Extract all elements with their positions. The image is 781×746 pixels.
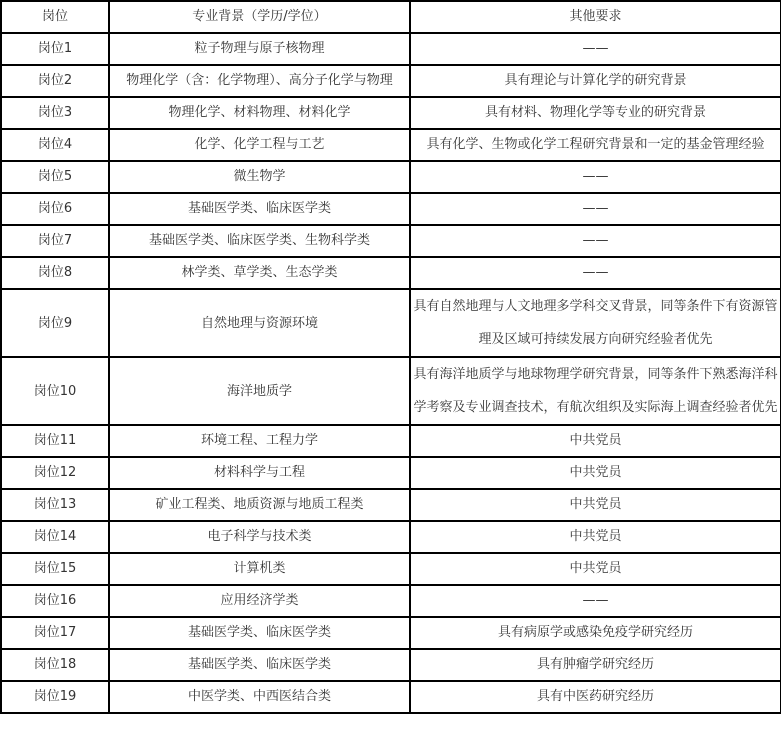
cell-position: 岗位13	[1, 489, 109, 521]
cell-other-line: 学考察及专业调查技术，有航次组织及实际海上调查经验者优先	[413, 391, 778, 424]
cell-position: 岗位19	[1, 681, 109, 713]
table-row: 岗位2物理化学（含：化学物理）、高分子化学与物理具有理论与计算化学的研究背景	[1, 65, 781, 97]
table-row: 岗位18基础医学类、临床医学类具有肿瘤学研究经历	[1, 649, 781, 681]
table-row: 岗位15计算机类中共党员	[1, 553, 781, 585]
cell-other: 中共党员	[410, 521, 781, 553]
cell-other: 具有材料、物理化学等专业的研究背景	[410, 97, 781, 129]
cell-other: ——	[410, 257, 781, 289]
cell-major: 材料科学与工程	[109, 457, 410, 489]
cell-position: 岗位6	[1, 193, 109, 225]
cell-major: 化学、化学工程与工艺	[109, 129, 410, 161]
table-row: 岗位13矿业工程类、地质资源与地质工程类中共党员	[1, 489, 781, 521]
cell-other-line: 具有海洋地质学与地球物理学研究背景，同等条件下熟悉海洋科	[413, 358, 778, 391]
cell-other: 中共党员	[410, 553, 781, 585]
cell-other: ——	[410, 33, 781, 65]
cell-other: ——	[410, 161, 781, 193]
cell-other: ——	[410, 225, 781, 257]
cell-other: 具有中医药研究经历	[410, 681, 781, 713]
cell-major: 物理化学（含：化学物理）、高分子化学与物理	[109, 65, 410, 97]
positions-table: 岗位 专业背景（学历/学位） 其他要求 岗位1粒子物理与原子核物理——岗位2物理…	[0, 0, 781, 714]
cell-major: 微生物学	[109, 161, 410, 193]
cell-other: ——	[410, 193, 781, 225]
cell-major: 物理化学、材料物理、材料化学	[109, 97, 410, 129]
cell-position: 岗位12	[1, 457, 109, 489]
cell-major: 基础医学类、临床医学类、生物科学类	[109, 225, 410, 257]
cell-position: 岗位16	[1, 585, 109, 617]
table-row: 岗位4化学、化学工程与工艺具有化学、生物或化学工程研究背景和一定的基金管理经验	[1, 129, 781, 161]
table-row: 岗位16应用经济学类——	[1, 585, 781, 617]
cell-other: 中共党员	[410, 425, 781, 457]
cell-position: 岗位2	[1, 65, 109, 97]
table-row: 岗位1粒子物理与原子核物理——	[1, 33, 781, 65]
table-row: 岗位14电子科学与技术类中共党员	[1, 521, 781, 553]
cell-position: 岗位18	[1, 649, 109, 681]
cell-other-line: 具有自然地理与人文地理多学科交叉背景，同等条件下有资源管	[413, 290, 778, 323]
cell-major: 基础医学类、临床医学类	[109, 193, 410, 225]
cell-position: 岗位10	[1, 357, 109, 425]
table-row: 岗位7基础医学类、临床医学类、生物科学类——	[1, 225, 781, 257]
cell-position: 岗位8	[1, 257, 109, 289]
cell-major: 粒子物理与原子核物理	[109, 33, 410, 65]
header-position: 岗位	[1, 1, 109, 33]
table-row: 岗位19中医学类、中西医结合类具有中医药研究经历	[1, 681, 781, 713]
cell-other: 具有理论与计算化学的研究背景	[410, 65, 781, 97]
cell-major: 基础医学类、临床医学类	[109, 617, 410, 649]
cell-other: 具有自然地理与人文地理多学科交叉背景，同等条件下有资源管理及区域可持续发展方向研…	[410, 289, 781, 357]
cell-other: 具有海洋地质学与地球物理学研究背景，同等条件下熟悉海洋科学考察及专业调查技术，有…	[410, 357, 781, 425]
cell-position: 岗位9	[1, 289, 109, 357]
cell-position: 岗位1	[1, 33, 109, 65]
table-row: 岗位11环境工程、工程力学中共党员	[1, 425, 781, 457]
cell-position: 岗位4	[1, 129, 109, 161]
cell-major: 林学类、草学类、生态学类	[109, 257, 410, 289]
cell-position: 岗位14	[1, 521, 109, 553]
table-header-row: 岗位 专业背景（学历/学位） 其他要求	[1, 1, 781, 33]
table-row: 岗位10海洋地质学具有海洋地质学与地球物理学研究背景，同等条件下熟悉海洋科学考察…	[1, 357, 781, 425]
table-row: 岗位3物理化学、材料物理、材料化学具有材料、物理化学等专业的研究背景	[1, 97, 781, 129]
table-row: 岗位17基础医学类、临床医学类具有病原学或感染免疫学研究经历	[1, 617, 781, 649]
cell-position: 岗位11	[1, 425, 109, 457]
cell-position: 岗位5	[1, 161, 109, 193]
cell-major: 电子科学与技术类	[109, 521, 410, 553]
cell-major: 矿业工程类、地质资源与地质工程类	[109, 489, 410, 521]
cell-position: 岗位3	[1, 97, 109, 129]
cell-major: 海洋地质学	[109, 357, 410, 425]
cell-major: 中医学类、中西医结合类	[109, 681, 410, 713]
cell-major: 应用经济学类	[109, 585, 410, 617]
cell-other: ——	[410, 585, 781, 617]
cell-major: 基础医学类、临床医学类	[109, 649, 410, 681]
cell-position: 岗位15	[1, 553, 109, 585]
table-row: 岗位8林学类、草学类、生态学类——	[1, 257, 781, 289]
cell-other: 具有病原学或感染免疫学研究经历	[410, 617, 781, 649]
table-row: 岗位12材料科学与工程中共党员	[1, 457, 781, 489]
cell-major: 自然地理与资源环境	[109, 289, 410, 357]
header-other: 其他要求	[410, 1, 781, 33]
cell-other: 中共党员	[410, 489, 781, 521]
table-row: 岗位9自然地理与资源环境具有自然地理与人文地理多学科交叉背景，同等条件下有资源管…	[1, 289, 781, 357]
header-major: 专业背景（学历/学位）	[109, 1, 410, 33]
cell-other: 中共党员	[410, 457, 781, 489]
cell-position: 岗位7	[1, 225, 109, 257]
cell-other: 具有化学、生物或化学工程研究背景和一定的基金管理经验	[410, 129, 781, 161]
cell-major: 环境工程、工程力学	[109, 425, 410, 457]
cell-other: 具有肿瘤学研究经历	[410, 649, 781, 681]
cell-major: 计算机类	[109, 553, 410, 585]
cell-position: 岗位17	[1, 617, 109, 649]
table-row: 岗位6基础医学类、临床医学类——	[1, 193, 781, 225]
table-row: 岗位5微生物学——	[1, 161, 781, 193]
cell-other-line: 理及区域可持续发展方向研究经验者优先	[413, 323, 778, 356]
